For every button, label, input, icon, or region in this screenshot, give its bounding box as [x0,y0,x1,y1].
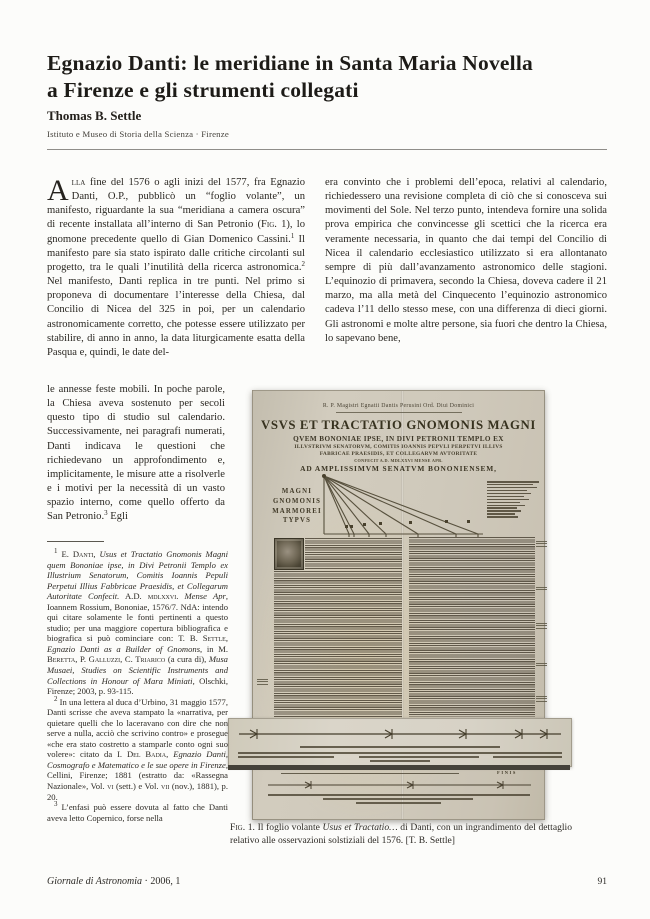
footnote-text: (a cura di), [165,654,209,664]
solstitial-rule-large [229,727,571,741]
footnotes-block: 1 E. Danti, Usus et Tractatio Gnomonis M… [47,549,228,823]
gnomon-diagram-label: MAGNI GNOMONIS MARMOREI TYPVS [263,487,331,526]
woodcut-initial [274,538,304,570]
footnote-text: Egnazio Danti as a Builder of Gnomons [47,644,200,654]
journal-page: Egnazio Danti: le meridiane in Santa Mar… [0,0,650,919]
figure-reference: Fig. 1 [261,219,286,230]
broadside-subtitle-3: FABRICAE PRAESIDIS, ET COLLEGARVM AVTORI… [253,451,544,457]
title-line-1: Egnazio Danti: le meridiane in Santa Mar… [47,50,603,77]
letterpress-line [238,752,562,754]
title-line-2: a Firenze e gli strumenti collegati [47,77,603,104]
footnote-text: . [176,591,184,601]
diagram-label-line: TYPVS [263,516,331,526]
body-text: era convinto che i problemi dell’epoca, … [325,177,607,344]
page-title: Egnazio Danti: le meridiane in Santa Mar… [47,50,603,103]
letterpress-column-left [274,571,402,717]
footnote-text: L’enfasi può essere dovuta al fatto che … [47,802,228,823]
diagram-label-line: MAGNI [263,487,331,497]
journal-issue: · 2006, 1 [142,876,180,887]
diagram-label-line: MARMOREI [263,507,331,517]
letterpress-line [356,802,441,804]
broadside-subtitle-4: CONFECIT A.D. MDLXXVI MENSE APR. [253,458,544,463]
letterpress-line [238,756,334,758]
solstitial-rule-small [253,779,544,791]
footnote-text: mdlxxvi [148,591,176,601]
diagram-label-line: GNOMONIS [263,497,331,507]
author-name: Thomas B. Settle [47,108,141,124]
footnote-text: (sett.) e Vol. [113,781,161,791]
journal-footer: Giornale di Astronomia · 2006, 1 [47,876,180,887]
figure-caption: Fig. 1. Il foglio volante Usus et Tracta… [230,822,572,848]
journal-name: Giornale di Astronomia [47,876,142,887]
body-column-left: Alla fine del 1576 o agli inizi del 1577… [47,176,305,384]
body-text: Egli [108,511,128,522]
marginal-note [536,587,547,592]
drop-cap: A [47,176,72,203]
footnote-separator [47,541,104,542]
marginal-note [536,623,547,630]
broadside-index-list [487,481,539,519]
letterpress-line [268,794,530,796]
figure-broadside: R. P. Magistri Egnatii Dantis Perusini O… [228,390,570,820]
broadside-dedication: AD AMPLISSIMVM SENATVM BONONIENSEM, [253,464,544,473]
footnote-text: A.D. [119,591,148,601]
broadside-subtitle-1: QVEM BONONIAE IPSE, IN DIVI PETRONII TEM… [253,435,544,443]
footnote-text: I. Del Badia [117,749,166,759]
author-affiliation: Istituto e Museo di Storia della Scienza… [47,129,229,139]
body-text: le annesse feste mobili. In poche parole… [47,384,225,522]
footnote-text: Mense Apr [185,591,226,601]
broadside-subheader-line [336,412,462,413]
footnote-3: 3 L’enfasi può essere dovuta al fatto ch… [47,802,228,823]
finis-label: FINIS [497,770,517,775]
letterpress-column-right [409,537,535,717]
footnote-1: 1 E. Danti, Usus et Tractatio Gnomonis M… [47,549,228,697]
marginal-note [536,663,547,668]
caption-text: Il foglio volante [255,822,323,833]
header-rule [47,149,607,150]
footnote-text: , in [200,644,218,654]
strip-shadow-bar [228,765,570,770]
footnote-ref-2: 2 [302,260,306,268]
body-column-left-narrow: le annesse feste mobili. In poche parole… [47,383,225,543]
broadside-header-line: R. P. Magistri Egnatii Dantis Perusini O… [253,403,544,409]
letterpress-line [300,746,500,748]
marginal-note [257,679,268,686]
footnote-text: T. B. Settle [178,633,226,643]
footnote-2: 2 In una lettera al duca d’Urbino, 31 ma… [47,697,228,802]
letterpress-column-left [305,538,402,569]
marginal-note [536,541,547,548]
caption-label: Fig. 1. [230,822,255,833]
caption-work-title: Usus et Tractatio… [323,822,398,833]
footnote-text: E. Danti [58,549,94,559]
letterpress-line [359,756,479,758]
letterpress-line [370,760,430,762]
broadside-title: VSVS ET TRACTATIO GNOMONIS MAGNI [253,418,544,433]
letterpress-line [493,756,562,758]
body-text: Nel manifesto, Danti replica in tre punt… [47,276,305,358]
letterpress-line [281,773,459,774]
solstitial-detail-strip [228,718,572,767]
marginal-note [536,696,547,703]
body-text: lla [72,177,86,188]
page-number: 91 [560,877,607,887]
letterpress-line [323,798,473,800]
broadside-subtitle-2: ILLVSTRIVM SENATORVM, COMITIS IOANNIS PE… [253,444,544,450]
